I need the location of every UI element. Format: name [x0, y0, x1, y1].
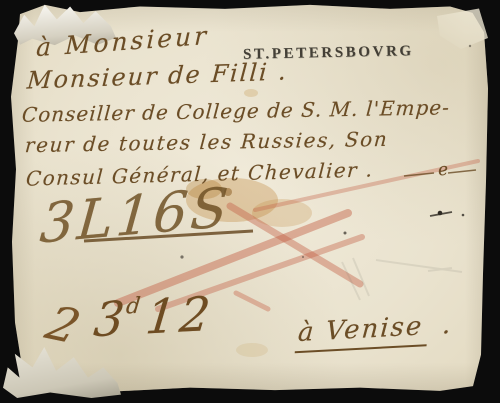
destination-text: à Venise [295, 311, 430, 353]
photo-background: à Monsieur Monsieur de Filli . Conseille… [0, 0, 500, 403]
rate-superscript: d [125, 294, 146, 320]
postmark-st-petersbourg: ST.PETERSBOVRG [243, 43, 414, 64]
destination-period: . [441, 310, 453, 341]
flourish-letter: e [437, 160, 448, 181]
rate-main: 3 [91, 291, 131, 348]
rate-rest: 12 [143, 287, 217, 346]
rate-marking-3d12: 3d12 [91, 287, 216, 349]
